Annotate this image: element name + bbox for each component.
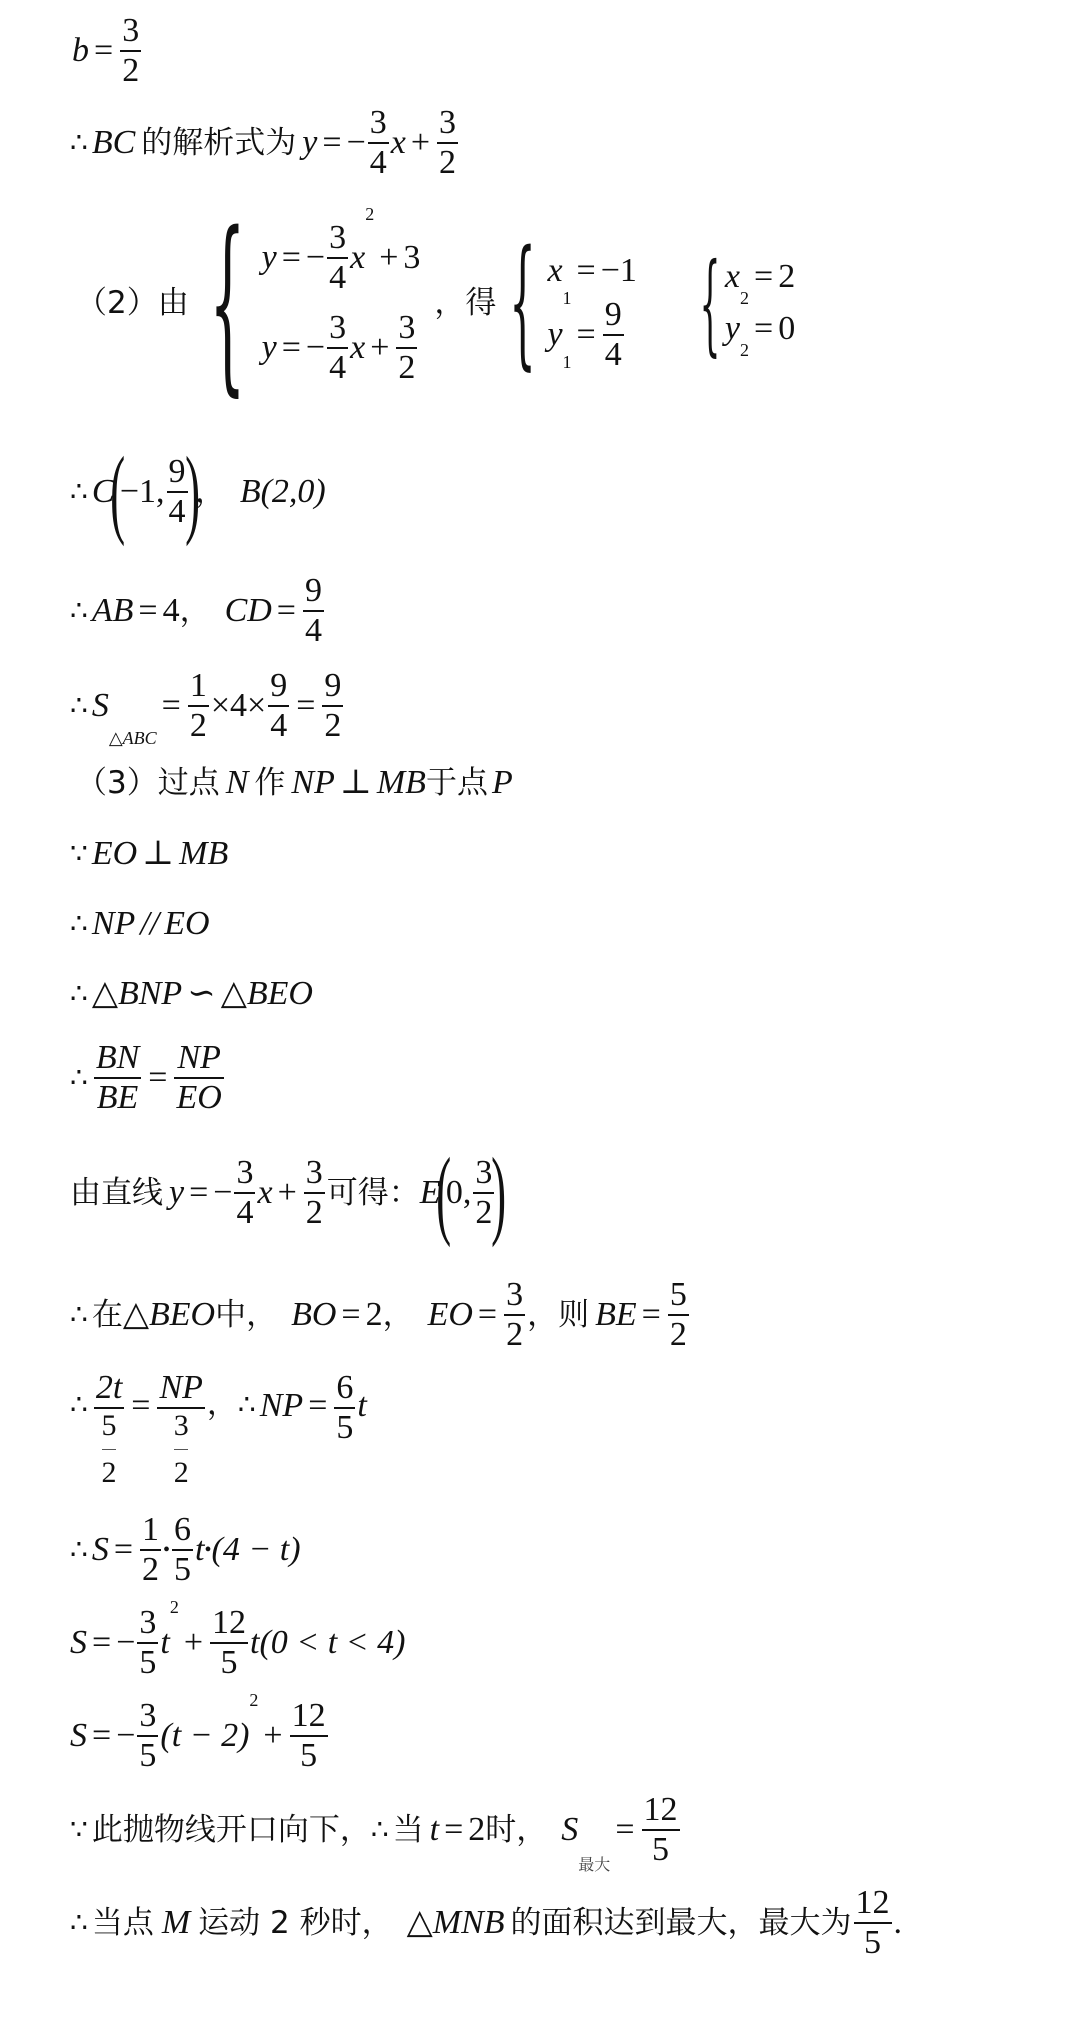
math-token: ∵: [70, 1816, 88, 1844]
math-token: 9: [322, 669, 343, 705]
math-token: 12: [642, 1793, 680, 1829]
math-token: =: [322, 126, 341, 160]
math-token: 5: [862, 1924, 883, 1960]
layout-group: x2=2: [725, 251, 795, 303]
line-s-vertex-form: S=− 35 (t − 2)2 + 125: [70, 1699, 330, 1773]
line-max-condition: ∵ 此抛物线开口向下， ∴ 当 t=2 时， S最大 = 125: [70, 1793, 682, 1867]
math-token: ∽: [187, 977, 216, 1011]
math-token: 1: [140, 1513, 161, 1549]
math-token: x: [391, 126, 406, 160]
math-token: =: [282, 241, 301, 275]
math-token: ，: [246, 1300, 277, 1331]
math-token: +: [379, 241, 398, 275]
math-token: 2: [668, 1316, 689, 1352]
equation-system: y=− 34 x2 +3 y=− 34 x+ 32: [262, 213, 421, 393]
line-points-c-b: ∴ C ( −1, 94 ) ， B(2,0): [70, 447, 326, 537]
line-ab-cd: ∴ AB=4 ， CD= 94: [70, 574, 326, 648]
math-token: BE: [95, 1079, 141, 1115]
math-token: =: [296, 689, 315, 723]
math-token: BNP: [118, 977, 182, 1011]
fraction: NPEO: [174, 1041, 223, 1115]
left-brace: {: [510, 247, 537, 359]
math-token: 则: [558, 1300, 589, 1331]
math-token: x: [350, 331, 365, 365]
math-token: =: [577, 318, 596, 352]
math-token: 4: [327, 349, 348, 385]
line-s-quadratic: S=− 35 t2 + 125 t(0 < t < 4): [70, 1606, 405, 1680]
fraction: 32: [304, 1156, 325, 1230]
math-token: 在: [92, 1300, 123, 1331]
math-token: S: [70, 1626, 87, 1660]
math-token: ∴: [70, 1909, 88, 1937]
math-token: 2: [437, 144, 458, 180]
math-token: P: [492, 766, 513, 800]
math-token: △ABC: [109, 729, 157, 747]
math-token: 4: [327, 259, 348, 295]
math-token: 得: [465, 288, 496, 319]
math-token: 2: [249, 1691, 258, 1709]
math-token: ∴: [70, 980, 88, 1008]
math-token: ，: [434, 288, 465, 319]
layout-group: y=− 34 x+ 32: [262, 303, 421, 393]
math-token: NP: [175, 1041, 222, 1077]
line-part2-system: （2） 由 { y=− 34 x2 +3 y=− 34 x+ 32 ， 得 { …: [76, 213, 795, 393]
math-token: 3: [137, 1606, 158, 1642]
math-token: 2: [365, 205, 374, 223]
math-token: 3: [304, 1156, 325, 1192]
math-token: 4: [303, 612, 324, 648]
math-token: =: [577, 254, 596, 288]
math-token: =: [162, 689, 181, 723]
math-token: +: [411, 126, 430, 160]
math-token: ⊥: [340, 766, 372, 800]
line-b-value: b = 32: [72, 14, 143, 88]
math-token: N: [226, 766, 249, 800]
math-token: BN: [94, 1041, 141, 1077]
math-token: 5: [137, 1644, 158, 1680]
math-token: 5: [650, 1831, 671, 1867]
math-token: EO: [174, 1079, 223, 1115]
math-token: ∴: [238, 1391, 256, 1419]
math-token: △: [221, 977, 247, 1011]
math-token: BE: [595, 1298, 637, 1332]
math-token: 运动 2 秒时: [198, 1908, 361, 1939]
math-token: S: [70, 1719, 87, 1753]
math-token: 可得: [327, 1178, 389, 1209]
fraction: 125: [290, 1699, 328, 1773]
math-token: 9: [268, 669, 289, 705]
line-ratio: ∴ BNBE = NPEO: [70, 1041, 226, 1115]
math-token: //: [140, 907, 159, 941]
math-token: ∴: [70, 597, 88, 625]
fraction: 65: [334, 1371, 355, 1445]
math-token: x: [350, 241, 365, 275]
line-similar-triangles: ∴ △BNP ∽ △BEO: [70, 977, 313, 1011]
math-token: 2: [304, 1194, 325, 1230]
math-token: B(2,0): [240, 475, 326, 509]
fraction: 34: [327, 311, 348, 385]
math-token: (t − 2): [160, 1719, 249, 1753]
line-conclusion: ∴ 当点 M 运动 2 秒时， △MNB 的面积达到最大，最大为 125 .: [70, 1886, 902, 1960]
math-token: 当: [393, 1815, 424, 1846]
therefore-symbol: ∴: [70, 129, 88, 157]
math-token: 0: [778, 312, 795, 346]
line-np-parallel-eo: ∴ NP//EO: [70, 907, 210, 941]
math-token: t: [160, 1626, 169, 1660]
math-token: (: [110, 447, 125, 537]
math-token: ): [492, 1148, 507, 1238]
math-token: ∴: [70, 1391, 88, 1419]
fraction: 94: [603, 298, 624, 372]
math-token: CD: [225, 594, 272, 628]
math-token: 3: [327, 221, 348, 257]
math-token: ∴: [70, 1536, 88, 1564]
math-token: 的面积达到最大，最大为: [511, 1908, 852, 1939]
math-token: 2: [366, 1298, 383, 1332]
layout-group: x1=−1: [547, 239, 636, 303]
line-point-e: 由直线 y=− 34 x+ 32 可得： E ( 0, 32 ): [70, 1148, 502, 1238]
math-token: −: [347, 126, 366, 160]
math-token: 2: [396, 349, 417, 385]
math-token: ⊥: [142, 837, 174, 871]
math-token: BC: [92, 126, 135, 160]
fraction: 65: [172, 1513, 193, 1587]
math-token: △: [407, 1906, 433, 1940]
fraction: 125: [642, 1793, 680, 1867]
math-token: 3: [137, 1699, 158, 1735]
math-token: 2: [740, 341, 749, 359]
math-token: 作: [254, 768, 285, 799]
complex-fraction: NP 3 2: [157, 1371, 204, 1488]
math-token: 3: [120, 14, 141, 50]
math-token: 2: [778, 260, 795, 294]
math-token: −: [306, 241, 325, 275]
math-token: 12: [854, 1886, 892, 1922]
layout-group: y1= 94: [547, 303, 636, 367]
math-token: AB: [92, 594, 134, 628]
math-token: 4: [234, 1194, 255, 1230]
math-token: x: [547, 254, 562, 288]
math-token: 中: [215, 1300, 246, 1331]
math-token: t: [195, 1533, 204, 1567]
math-token: y: [262, 241, 277, 275]
math-token: 2: [170, 1598, 179, 1616]
math-token: =: [92, 1626, 111, 1660]
math-token: =: [754, 312, 773, 346]
line-eo-perp-mb: ∵ EO⊥MB: [70, 837, 228, 871]
math-token: EO: [428, 1298, 473, 1332]
fraction: 34: [234, 1156, 255, 1230]
math-token: −: [306, 331, 325, 365]
math-token: ，: [516, 1815, 547, 1846]
math-token: 由: [158, 288, 189, 319]
math-token: .: [894, 1906, 903, 1940]
math-token: =: [754, 260, 773, 294]
math-token: 1: [188, 669, 209, 705]
math-token: 当点: [92, 1908, 154, 1939]
math-token: 5: [219, 1644, 240, 1680]
fraction: 32: [396, 311, 417, 385]
math-token: =: [138, 594, 157, 628]
math-token: ∴: [70, 692, 88, 720]
math-token: ：: [389, 1178, 420, 1209]
math-token: S: [561, 1813, 578, 1847]
math-token: ∴: [70, 478, 88, 506]
math-token: +: [184, 1626, 203, 1660]
math-token: 5: [102, 1411, 117, 1441]
math-token: MB: [179, 837, 228, 871]
math-token: 3: [327, 311, 348, 347]
math-token: 2: [504, 1316, 525, 1352]
fraction: 32: [120, 14, 141, 88]
math-token: −: [116, 1719, 135, 1753]
math-token: 3: [396, 311, 417, 347]
math-token: 4: [603, 336, 624, 372]
math-token: EO: [92, 837, 137, 871]
math-token: =: [189, 1176, 208, 1210]
math-token: EO: [164, 907, 209, 941]
math-token: 4: [268, 707, 289, 743]
math-token: MB: [377, 766, 426, 800]
layout-group: y2=0: [725, 303, 795, 355]
math-token: =: [642, 1298, 661, 1332]
fraction: 94: [268, 669, 289, 743]
math-token: 4: [163, 594, 180, 628]
math-token: 2: [174, 1458, 189, 1488]
math-token: 5: [668, 1278, 689, 1314]
math-token: +: [370, 331, 389, 365]
math-token: 过点: [158, 768, 220, 799]
layout-group: y=− 34 x2 +3: [262, 213, 421, 303]
math-token: 2: [120, 52, 141, 88]
math-token: •: [163, 1540, 170, 1560]
part-label: （3）: [76, 768, 158, 799]
math-token: ×: [211, 689, 230, 723]
fraction: BNBE: [94, 1041, 141, 1115]
math-token: M: [162, 1906, 190, 1940]
fraction: 94: [303, 574, 324, 648]
math-token: −1: [601, 254, 637, 288]
fraction: 125: [854, 1886, 892, 1960]
math-token: NP: [291, 766, 334, 800]
math-token: =: [114, 1533, 133, 1567]
fraction: 35: [137, 1699, 158, 1773]
math-token: =: [148, 1061, 167, 1095]
math-token: 3: [403, 241, 420, 275]
math-token: 12: [210, 1606, 248, 1642]
math-token: =: [94, 34, 113, 68]
math-token: y: [547, 318, 562, 352]
math-token: 5: [334, 1409, 355, 1445]
math-token: −1,: [120, 475, 165, 509]
math-token: ): [185, 447, 200, 537]
math-token: S: [92, 1533, 109, 1567]
math-token: t: [430, 1813, 439, 1847]
math-token: 9: [603, 298, 624, 334]
math-token: 4: [368, 144, 389, 180]
math-token: =: [131, 1389, 150, 1423]
math-token: BEO: [149, 1298, 215, 1332]
math-token: NP: [157, 1371, 204, 1407]
math-token: 3: [504, 1278, 525, 1314]
math-token: ，: [340, 1815, 371, 1846]
math-token: 2: [140, 1551, 161, 1587]
math-token: 2t: [94, 1371, 124, 1407]
math-token: 2: [322, 707, 343, 743]
math-token: 最大: [578, 1857, 610, 1873]
math-token: 时: [485, 1815, 516, 1846]
fraction: 32: [437, 106, 458, 180]
left-brace: {: [209, 227, 245, 379]
math-token: 的解析式为: [141, 128, 296, 159]
math-token: −: [213, 1176, 232, 1210]
math-token: (4 − t): [212, 1533, 301, 1567]
math-token: ∴: [70, 910, 88, 938]
math-token: 1: [563, 353, 572, 371]
var-b: b: [72, 34, 89, 68]
math-token: −: [116, 1626, 135, 1660]
math-token: 5: [137, 1737, 158, 1773]
math-token: 4: [230, 689, 247, 723]
math-token: △: [123, 1298, 149, 1332]
math-token: =: [444, 1813, 463, 1847]
line-s-product: ∴ S= 12 • 65 t• (4 − t): [70, 1513, 301, 1587]
math-token: 2: [468, 1813, 485, 1847]
math-token: BEO: [247, 977, 313, 1011]
math-token: NP: [92, 907, 135, 941]
math-token: =: [92, 1719, 111, 1753]
math-token: 由直线: [70, 1178, 163, 1209]
fraction: 12: [140, 1513, 161, 1587]
math-token: 3: [437, 106, 458, 142]
math-token: S: [92, 689, 109, 723]
fraction: 12: [188, 669, 209, 743]
math-token: ，: [383, 1300, 414, 1331]
fraction: 52: [668, 1278, 689, 1352]
math-token: =: [282, 331, 301, 365]
math-token: 5: [298, 1737, 319, 1773]
math-token: +: [263, 1719, 282, 1753]
math-token: 12: [290, 1699, 328, 1735]
math-token: 此抛物线开口向下: [92, 1815, 340, 1846]
fraction: 35: [137, 1606, 158, 1680]
line-bc-equation: ∴ BC 的解析式为 y = − 34 x + 32: [70, 106, 460, 180]
math-token: ，: [207, 1389, 238, 1420]
math-token: 5: [172, 1551, 193, 1587]
complex-fraction: 2t 5 2: [94, 1371, 124, 1488]
math-token: 2: [102, 1458, 117, 1488]
math-token: NP: [260, 1389, 303, 1423]
math-token: t: [357, 1389, 366, 1423]
math-token: ∵: [70, 840, 88, 868]
fraction: 125: [210, 1606, 248, 1680]
fraction: 34: [327, 221, 348, 295]
fraction: 92: [322, 669, 343, 743]
solution-2: x2=2 y2=0: [725, 251, 795, 355]
solution-1: x1=−1 y1= 94: [547, 239, 636, 367]
math-token: ，: [362, 1908, 393, 1939]
line-np-value: ∴ 2t 5 2 = NP 3 2 ， ∴ NP = 65 t: [70, 1371, 367, 1488]
math-token: x: [257, 1176, 272, 1210]
fraction: 32: [504, 1278, 525, 1352]
math-token: ，: [180, 596, 211, 627]
line-triangle-beo: ∴ 在△BEO 中， BO=2 ， EO= 32 ， 则 BE= 52: [70, 1278, 691, 1352]
math-token: △: [92, 977, 118, 1011]
math-token: =: [308, 1389, 327, 1423]
math-token: +: [278, 1176, 297, 1210]
math-token: •: [204, 1540, 211, 1560]
math-token: y: [725, 312, 740, 346]
math-token: 6: [334, 1371, 355, 1407]
math-token: (: [436, 1148, 451, 1238]
math-token: ，: [527, 1300, 558, 1331]
math-token: =: [615, 1813, 634, 1847]
math-token: 9: [303, 574, 324, 610]
math-token: t(0 < t < 4): [250, 1626, 405, 1660]
math-token: y: [169, 1176, 184, 1210]
math-token: =: [277, 594, 296, 628]
math-token: ∴: [70, 1301, 88, 1329]
math-token: ∴: [70, 1064, 88, 1092]
math-token: BO: [291, 1298, 336, 1332]
line-part3: （3） 过点N 作NP ⊥MB 于点P: [76, 766, 513, 800]
math-token: y: [302, 126, 317, 160]
line-area-abc: ∴ S△ABC = 12 ×4× 94 = 92: [70, 669, 345, 743]
math-token: 于点: [426, 768, 488, 799]
math-token: MNB: [433, 1906, 505, 1940]
part-label: （2）: [76, 288, 158, 319]
math-token: 3: [368, 106, 389, 142]
left-brace: {: [699, 259, 720, 347]
math-token: ∴: [371, 1816, 389, 1844]
math-token: ×: [247, 689, 266, 723]
math-token: 3: [174, 1411, 189, 1441]
math-token: =: [478, 1298, 497, 1332]
math-token: 6: [172, 1513, 193, 1549]
math-token: =: [341, 1298, 360, 1332]
math-token: 2: [188, 707, 209, 743]
math-token: x: [725, 260, 740, 294]
fraction: 34: [368, 106, 389, 180]
math-token: 3: [234, 1156, 255, 1192]
math-token: y: [262, 331, 277, 365]
